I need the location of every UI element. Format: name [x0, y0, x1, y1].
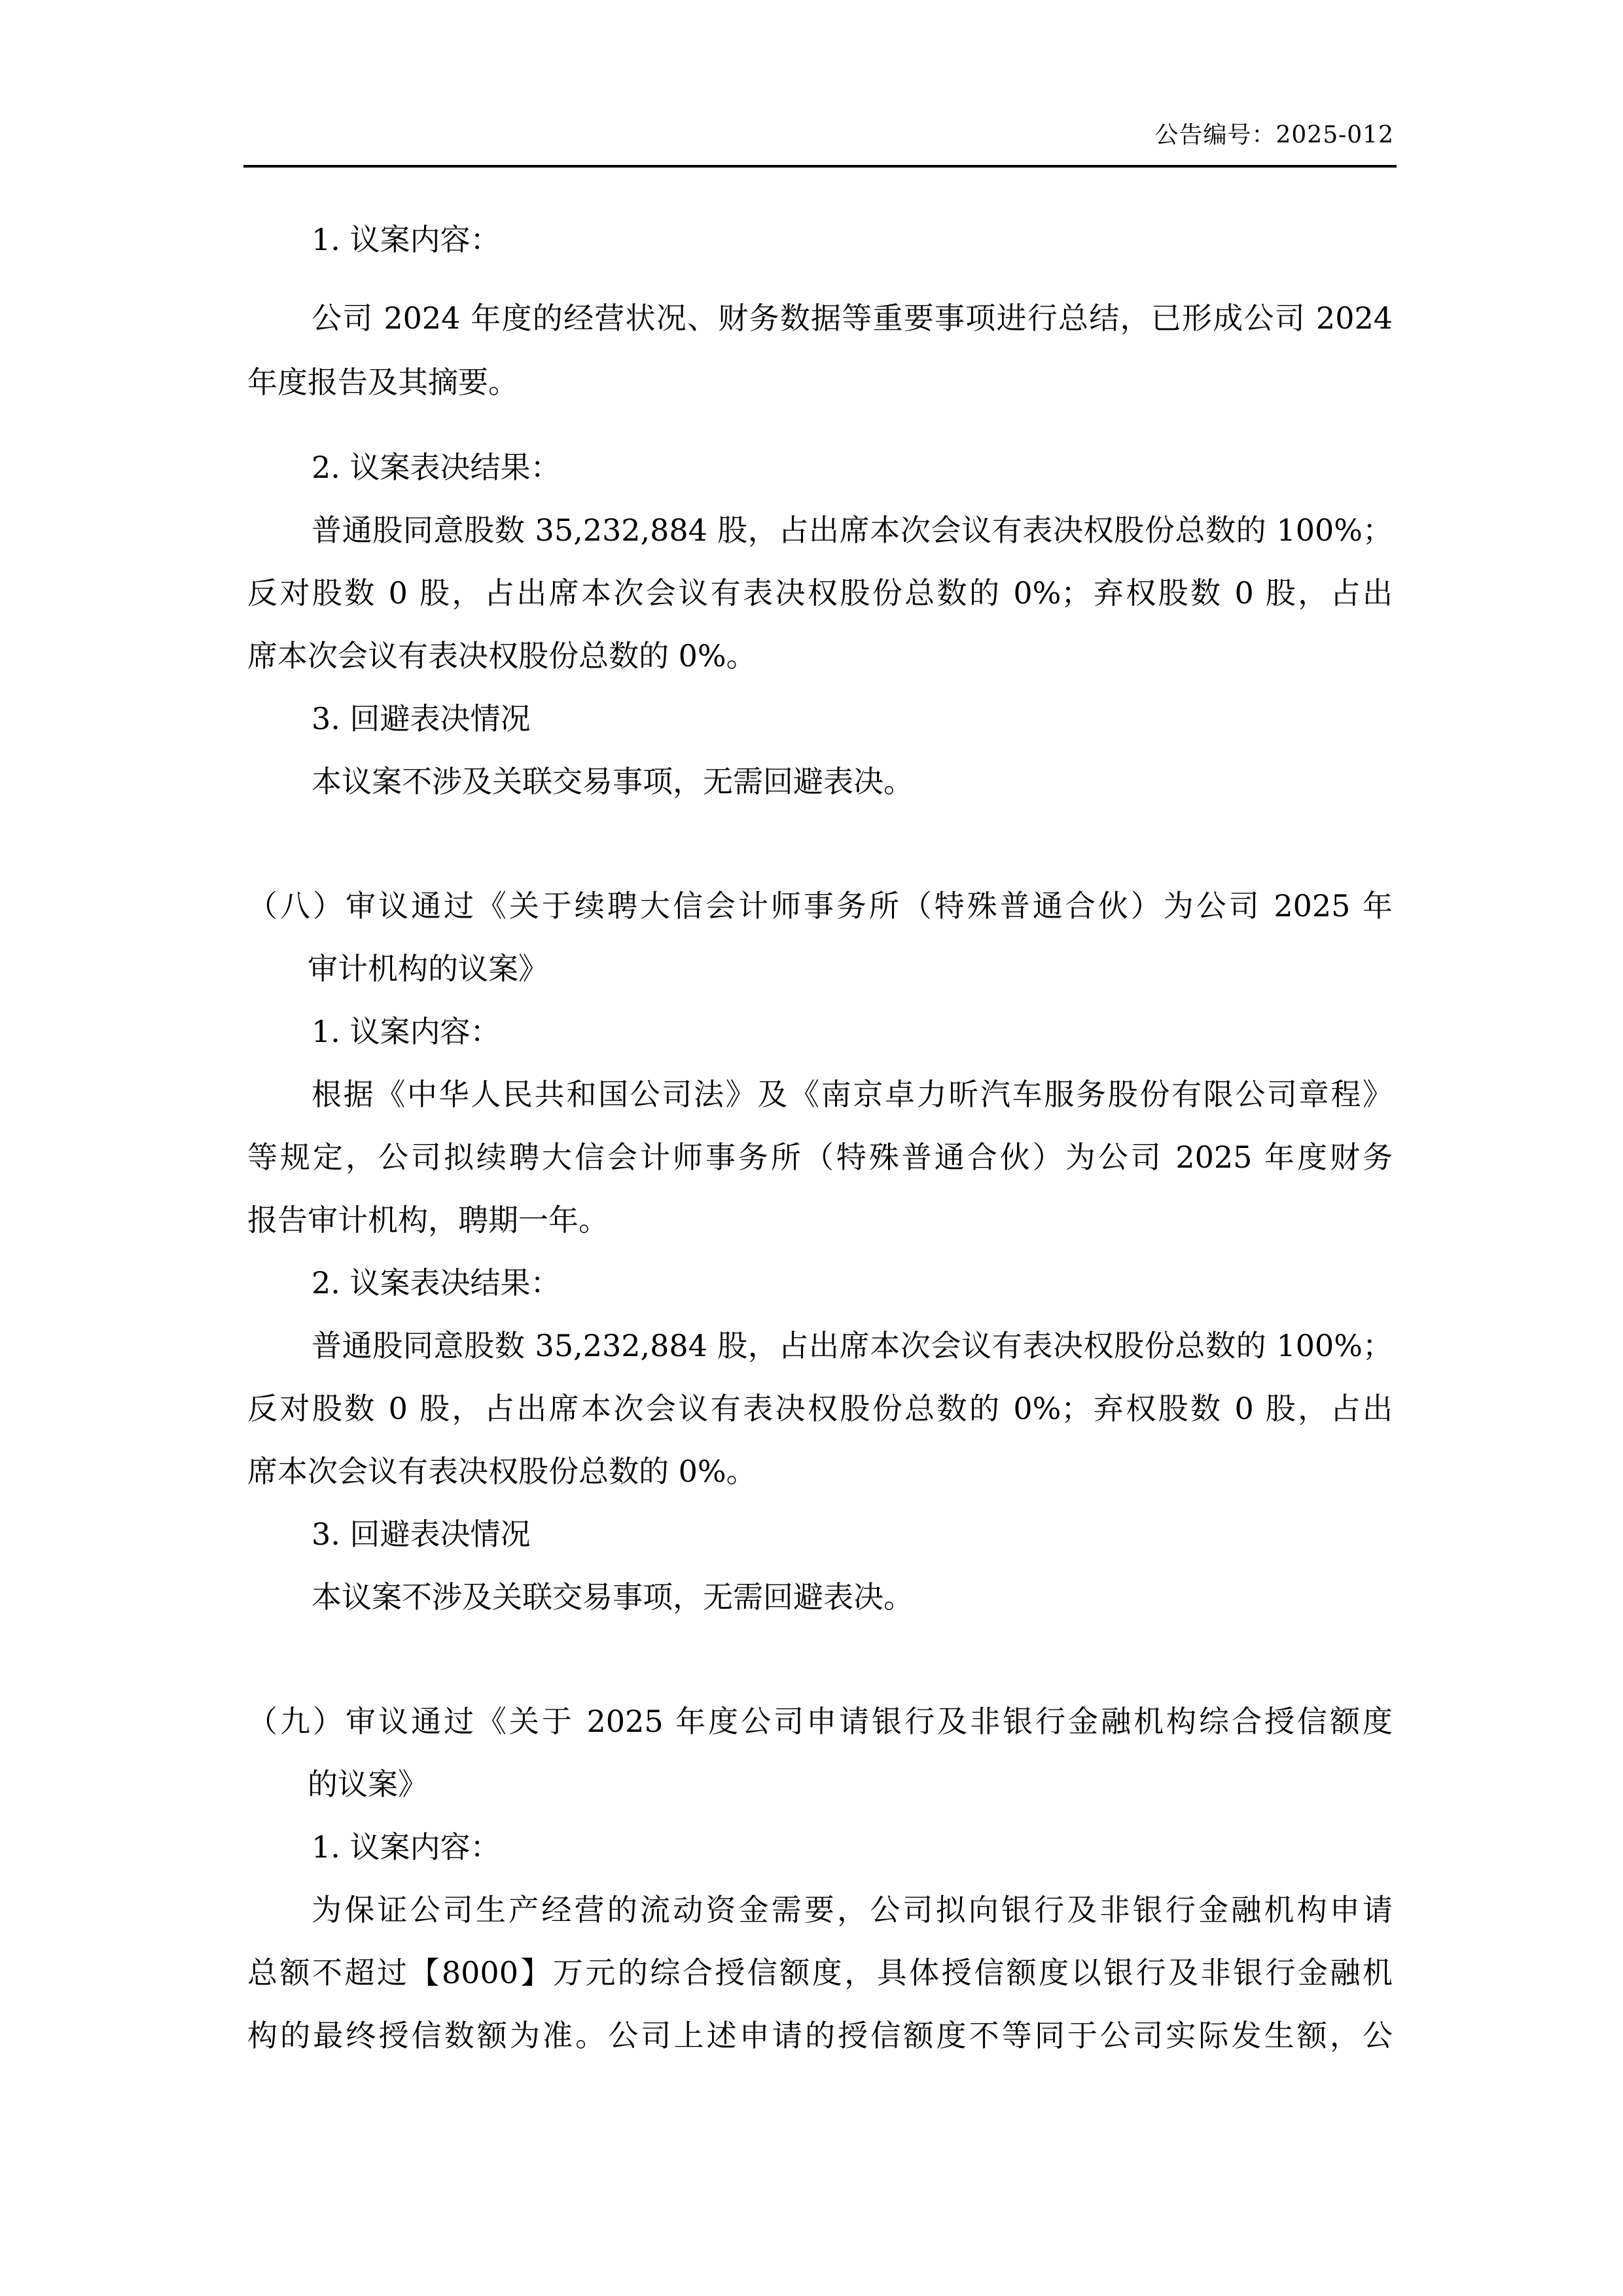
paragraph-line: 构的最终授信数额为准。公司上述申请的授信额度不等同于公司实际发生额，公 — [247, 2012, 1393, 2055]
paragraph-line: 席本次会议有表决权股份总数的 0%。 — [247, 632, 757, 675]
recusal-text: 本议案不涉及关联交易事项，无需回避表决。 — [312, 1573, 914, 1617]
paragraph-line: 根据《中华人民共和国公司法》及《南京卓力昕汽车服务股份有限公司章程》 — [312, 1071, 1393, 1114]
item-title: 审计机构的议案》 — [308, 945, 548, 988]
paragraph-line: 反对股数 0 股，占出席本次会议有表决权股份总数的 0%；弃权股数 0 股，占出 — [247, 569, 1393, 613]
content-heading: 1. 议案内容： — [312, 1823, 501, 1867]
paragraph-line: 等规定，公司拟续聘大信会计师事务所（特殊普通合伙）为公司 2025 年度财务 — [247, 1134, 1393, 1177]
recusal-text: 本议案不涉及关联交易事项，无需回避表决。 — [312, 758, 914, 801]
content-heading: 1. 议案内容： — [312, 216, 501, 259]
paragraph-line: 席本次会议有表决权股份总数的 0%。 — [247, 1448, 757, 1491]
paragraph-line: 报告审计机构，聘期一年。 — [247, 1196, 609, 1240]
paragraph-line: 公司 2024 年度的经营状况、财务数据等重要事项进行总结，已形成公司 2024 — [312, 295, 1393, 338]
item-title: （八）审议通过《关于续聘大信会计师事务所（特殊普通合伙）为公司 2025 年 — [247, 882, 1393, 925]
paragraph-line: 年度报告及其摘要。 — [247, 359, 518, 402]
vote-heading: 2. 议案表决结果： — [312, 444, 561, 487]
recusal-heading: 3. 回避表决情况 — [312, 1511, 531, 1554]
vote-heading: 2. 议案表决结果： — [312, 1259, 561, 1302]
item-title: 的议案》 — [308, 1761, 428, 1804]
paragraph-line: 普通股同意股数 35,232,884 股，占出席本次会议有表决权股份总数的 10… — [312, 507, 1393, 550]
announcement-number: 公告编号：2025-012 — [1155, 117, 1395, 150]
paragraph-line: 总额不超过【8000】万元的综合授信额度，具体授信额度以银行及非银行金融机 — [247, 1949, 1393, 1992]
header-rule — [243, 165, 1397, 168]
recusal-heading: 3. 回避表决情况 — [312, 695, 531, 738]
item-title: （九）审议通过《关于 2025 年度公司申请银行及非银行金融机构综合授信额度 — [247, 1698, 1393, 1741]
paragraph-line: 普通股同意股数 35,232,884 股，占出席本次会议有表决权股份总数的 10… — [312, 1322, 1393, 1365]
paragraph-line: 反对股数 0 股，占出席本次会议有表决权股份总数的 0%；弃权股数 0 股，占出 — [247, 1385, 1393, 1428]
content-heading: 1. 议案内容： — [312, 1008, 501, 1051]
paragraph-line: 为保证公司生产经营的流动资金需要，公司拟向银行及非银行金融机构申请 — [312, 1886, 1393, 1929]
